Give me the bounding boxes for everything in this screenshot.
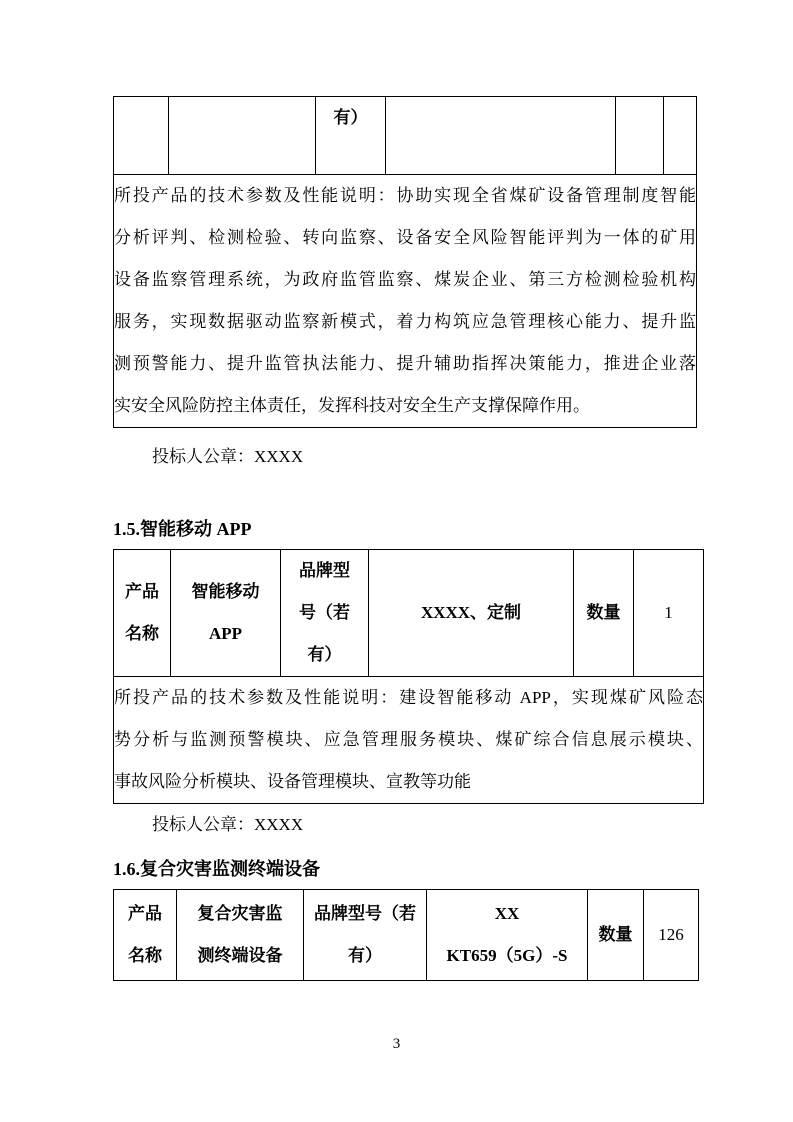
- spec-line: 所投产品的技术参数及性能说明：协助实现全省煤矿设备管理制度智能: [114, 175, 696, 217]
- product-label-cell-empty: [114, 97, 169, 175]
- table-row: 产品 名称 复合灾害监 测终端设备 品牌型号（若 有） XX KT659（5G）…: [114, 890, 699, 981]
- brand-label-cell: 品牌型 号（若 有）: [281, 550, 369, 677]
- brand-value-cell-empty: [386, 97, 616, 175]
- quantity-value-cell: 1: [634, 550, 704, 677]
- spec-line: 实安全风险防控主体责任，发挥科技对安全生产支撑保障作用。: [114, 385, 696, 427]
- brand-value-cell: XX KT659（5G）-S: [427, 890, 588, 981]
- quantity-label-cell: 数量: [588, 890, 644, 981]
- spec-line: 服务，实现数据驱动监察新模式，着力构筑应急管理核心能力、提升监: [114, 301, 696, 343]
- product-label-line: 名称: [114, 613, 170, 655]
- spec-line: 所投产品的技术参数及性能说明：建设智能移动 APP，实现煤矿风险态: [114, 677, 703, 719]
- product-name-line: 智能移动: [171, 571, 280, 613]
- brand-label-line: 有）: [281, 634, 368, 676]
- product-label-line: 产品: [114, 571, 170, 613]
- table-1-5: 产品 名称 智能移动 APP 品牌型 号（若 有） XXXX、定制 数量: [113, 549, 704, 804]
- spec-line: 事故风险分析模块、设备管理模块、宣教等功能: [114, 761, 703, 803]
- table-row: 所投产品的技术参数及性能说明：建设智能移动 APP，实现煤矿风险态 势分析与监测…: [114, 677, 704, 804]
- spec-line: 分析评判、检测检验、转向监察、设备安全风险智能评判为一体的矿用: [114, 217, 696, 259]
- quantity-label-cell-empty: [616, 97, 664, 175]
- brand-value-line: XX: [427, 893, 587, 935]
- page-content: 有） 所投产品的技术参数及性能说明：协助实现全省煤矿设备管理制度智能 分析评判、…: [0, 0, 793, 981]
- product-label-line: 名称: [114, 935, 176, 977]
- product-name-line: 测终端设备: [177, 935, 303, 977]
- brand-label-tail-cell: 有）: [316, 97, 386, 175]
- section-1-5-heading: 1.5.智能移动 APP: [113, 516, 703, 542]
- product-name-cell-empty: [169, 97, 316, 175]
- section-1-6-heading: 1.6.复合灾害监测终端设备: [113, 856, 703, 882]
- quantity-value: 126: [644, 914, 698, 956]
- product-name-cell: 复合灾害监 测终端设备: [177, 890, 304, 981]
- brand-label-line: 有）: [304, 935, 426, 977]
- brand-label-line: 品牌型号（若: [304, 893, 426, 935]
- table-row: 产品 名称 智能移动 APP 品牌型 号（若 有） XXXX、定制 数量: [114, 550, 704, 677]
- quantity-label: 数量: [574, 592, 633, 634]
- table-row: 所投产品的技术参数及性能说明：协助实现全省煤矿设备管理制度智能 分析评判、检测检…: [114, 175, 697, 428]
- spec-line: 设备监察管理系统，为政府监管监察、煤炭企业、第三方检测检验机构: [114, 259, 696, 301]
- brand-value: XXXX、定制: [369, 592, 573, 634]
- brand-value-cell: XXXX、定制: [369, 550, 574, 677]
- product-label-cell: 产品 名称: [114, 890, 177, 981]
- bidder-seal-line: 投标人公章：XXXX: [113, 812, 703, 838]
- spec-description-cell: 所投产品的技术参数及性能说明：建设智能移动 APP，实现煤矿风险态 势分析与监测…: [114, 677, 704, 804]
- brand-label-line: 号（若: [281, 592, 368, 634]
- table-1-6: 产品 名称 复合灾害监 测终端设备 品牌型号（若 有） XX KT659（5G）…: [113, 889, 699, 981]
- document-page: 有） 所投产品的技术参数及性能说明：协助实现全省煤矿设备管理制度智能 分析评判、…: [0, 0, 793, 1122]
- product-label-cell: 产品 名称: [114, 550, 171, 677]
- spec-description-cell: 所投产品的技术参数及性能说明：协助实现全省煤矿设备管理制度智能 分析评判、检测检…: [114, 175, 697, 428]
- table-1-4-continuation: 有） 所投产品的技术参数及性能说明：协助实现全省煤矿设备管理制度智能 分析评判、…: [113, 96, 697, 428]
- quantity-value-cell-empty: [664, 97, 697, 175]
- product-label-line: 产品: [114, 893, 176, 935]
- brand-label-tail: 有）: [316, 97, 385, 139]
- quantity-value: 1: [634, 592, 703, 634]
- table-row: 有）: [114, 97, 697, 175]
- quantity-label: 数量: [588, 914, 643, 956]
- quantity-label-cell: 数量: [574, 550, 634, 677]
- bidder-seal-line: 投标人公章：XXXX: [113, 444, 703, 470]
- quantity-value-cell: 126: [644, 890, 699, 981]
- product-name-line: 复合灾害监: [177, 893, 303, 935]
- brand-label-cell: 品牌型号（若 有）: [304, 890, 427, 981]
- brand-label-line: 品牌型: [281, 550, 368, 592]
- product-name-line: APP: [171, 613, 280, 655]
- product-name-cell: 智能移动 APP: [171, 550, 281, 677]
- spec-line: 势分析与监测预警模块、应急管理服务模块、煤矿综合信息展示模块、: [114, 719, 703, 761]
- page-number: 3: [0, 1036, 793, 1053]
- brand-value-line: KT659（5G）-S: [427, 935, 587, 977]
- spec-line: 测预警能力、提升监管执法能力、提升辅助指挥决策能力，推进企业落: [114, 343, 696, 385]
